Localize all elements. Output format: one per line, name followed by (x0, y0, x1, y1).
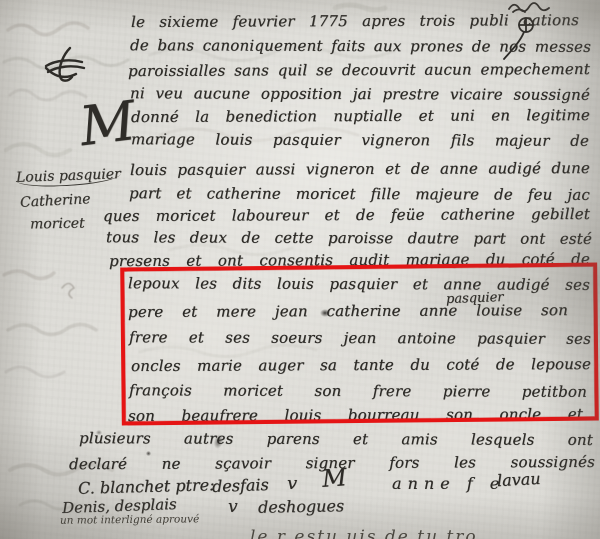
manuscript-line: lepoux les dits louis pasquier et anne a… (128, 273, 590, 295)
manuscript-line: françois moricet son frere pierre petitb… (129, 380, 587, 402)
signature-name: deshogues (258, 496, 344, 517)
signature-mark: v (228, 497, 238, 517)
signature-mark: v (287, 474, 297, 494)
manuscript-page: M Louis pasquier Catherine moricet le si… (0, 0, 600, 539)
manuscript-line: ques moricet laboureur et de feüe cather… (103, 204, 590, 226)
interline-note: un mot interligné aprouvé (60, 513, 199, 526)
signature-name: desfais (212, 475, 269, 497)
manuscript-line: tous les deux de cette paroisse dautre p… (106, 227, 592, 249)
manuscript-line: louis pasquier aussi vigneron et de anne… (130, 158, 590, 180)
manuscript-line: part et catherine moricet fille majeure … (129, 183, 590, 205)
signature-name: lavau (497, 469, 542, 491)
margin-cross-icon (40, 44, 88, 86)
manuscript-line: son beaufrere louis bourreau son oncle e… (128, 404, 583, 426)
manuscript-line: presens et ont consentis audit mariage d… (109, 249, 590, 271)
manuscript-line: plusieurs autres parens et amis lesquels… (79, 428, 593, 450)
manuscript-line: de bans canoniquement faits aux prones d… (130, 35, 591, 57)
manuscript-line: frere et ses soeurs jean antoine pasquie… (129, 327, 591, 349)
cutoff-line-fragment: le r estu uis de tu tro (250, 527, 478, 539)
margin-name: Catherine (20, 191, 91, 211)
manuscript-line: paroissialles sans quil se decouvrit auc… (128, 59, 590, 81)
manuscript-line: ni veu aucune opposition jai prestre vic… (130, 83, 590, 105)
margin-name: moricet (30, 216, 85, 233)
superscript-insert: pasquier (446, 291, 504, 307)
signature-name: M (321, 467, 347, 489)
manuscript-line: mariage louis pasquier vigneron fils maj… (131, 129, 589, 151)
margin-name: Louis pasquier (16, 166, 121, 188)
signature-name: anne f e (392, 474, 505, 494)
manuscript-line: donné la benediction nuptialle et uni en… (131, 105, 590, 127)
manuscript-line: oncles marie auger sa tante du coté de l… (131, 354, 591, 376)
manuscript-line: le sixieme feuvrier 1775 apres trois pub… (131, 10, 579, 32)
